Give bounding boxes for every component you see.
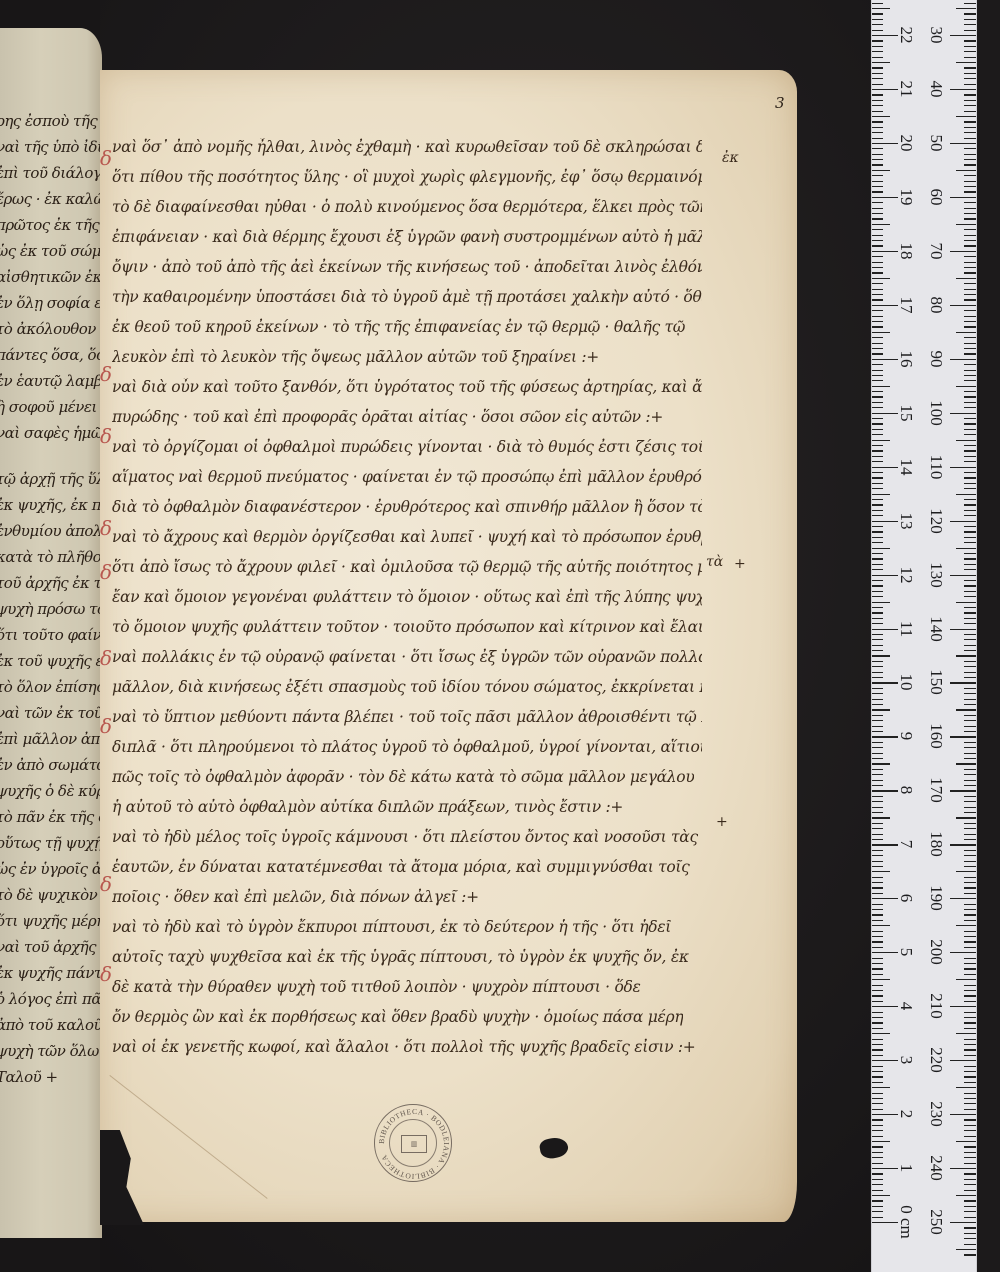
ruler-tick (872, 413, 898, 414)
ruler-tick (964, 283, 976, 284)
ruler-tick (872, 175, 883, 176)
left-page-line: ἀπὸ τοῦ καλοῦ ἀεὶ (0, 1016, 102, 1034)
ruler-tick (964, 461, 976, 462)
ruler-tick (872, 1012, 883, 1013)
ruler-tick (964, 758, 976, 759)
ruler-label-mm: 50 (926, 123, 946, 163)
ruler-tick (964, 1093, 976, 1094)
ruler-tick (964, 591, 976, 592)
ruler-tick (956, 494, 976, 495)
ruler-tick (964, 208, 976, 209)
ruler-tick (964, 380, 976, 381)
ruler-tick (964, 391, 976, 392)
left-page-line: ψυχὴ πρόσω τοῦ (0, 600, 102, 618)
ruler-tick (950, 844, 976, 845)
ruler-tick (964, 3, 976, 4)
ruler-tick (964, 504, 976, 505)
ruler-label-cm: 0 cm (896, 1202, 916, 1242)
ruler-tick (964, 348, 976, 349)
ruler-tick (964, 747, 976, 748)
ruler-tick (964, 1238, 976, 1239)
ruler-tick (964, 607, 976, 608)
ruler-tick (872, 1114, 898, 1115)
ruler-tick (872, 407, 883, 408)
ruler-tick (964, 596, 976, 597)
ruler-tick (872, 866, 883, 867)
ruler-tick (872, 8, 890, 9)
left-page-line: ναὶ σαφὲς ἡμῶν ἰδέας (0, 424, 102, 442)
ruler-tick (872, 445, 883, 446)
ruler-tick (964, 941, 976, 942)
ruler-tick (956, 116, 976, 117)
ruler-tick (964, 294, 976, 295)
ruler-tick (872, 294, 883, 295)
ruler-tick (872, 321, 883, 322)
manuscript-line: πῶς τοῖς τὸ ὀφθαλμὸν ἀφορᾶν · τὸν δὲ κάτ… (112, 768, 694, 786)
ruler-tick (872, 920, 883, 921)
ruler-tick (950, 629, 976, 630)
ruler-tick (872, 94, 883, 95)
ruler-tick (872, 370, 883, 371)
ruler-tick (872, 30, 883, 31)
red-paragraph-mark: δ (100, 962, 112, 986)
ruler-tick (964, 882, 976, 883)
ruler-tick (872, 531, 883, 532)
ruler-tick (872, 310, 883, 311)
library-stamp: BIBLIOTHECA · BODLEIANA · BIBLIOTHECA ▥ (374, 1104, 452, 1182)
manuscript-line: ναὶ τὸ ὕπτιον μεθύοντι πάντα βλέπει · το… (112, 708, 702, 726)
ruler-tick (872, 672, 883, 673)
ruler-tick (872, 84, 883, 85)
ruler-label-mm: 240 (926, 1148, 946, 1188)
ruler-tick (872, 343, 883, 344)
ruler-tick (872, 1190, 883, 1191)
scale-ruler: 222120191817161514131211109876543210 cm3… (871, 0, 977, 1272)
ruler-tick (872, 623, 883, 624)
left-page-line: ἐν ὅλῃ σοφία εἰσί (0, 294, 102, 312)
red-paragraph-mark: δ (100, 872, 112, 896)
manuscript-line: ἐκ θεοῦ τοῦ κηροῦ ἐκείνων · τὸ τῆς τῆς ἐ… (112, 318, 685, 336)
ruler-tick (964, 262, 976, 263)
ruler-tick (872, 909, 883, 910)
ruler-tick (872, 89, 898, 90)
ruler-tick (964, 310, 976, 311)
ruler-tick (956, 1087, 976, 1088)
ruler-tick (964, 402, 976, 403)
ruler-tick (872, 1049, 883, 1050)
ruler-tick (964, 931, 976, 932)
ruler-tick (964, 1103, 976, 1104)
left-page-line: ψυχῆς ὁ δὲ κύριος (0, 782, 102, 800)
manuscript-line: ἐπιφάνειαν · καὶ διὰ θέρμης ἔχουσι ἐξ ὑγ… (112, 228, 702, 246)
manuscript-line: πυρώδης · τοῦ καὶ ἐπὶ προφορᾶς ὁρᾶται αἰ… (112, 408, 663, 426)
ruler-tick (964, 974, 976, 975)
ruler-tick (872, 564, 883, 565)
ruler-tick (964, 828, 976, 829)
ruler-label-mm: 180 (926, 824, 946, 864)
ruler-tick (872, 1211, 883, 1212)
ruler-tick (872, 904, 883, 905)
ruler-tick (964, 850, 976, 851)
left-page-line: κατὰ τὸ πλῆθος ἐκ (0, 548, 102, 566)
ruler-label-cm: 1 (896, 1148, 916, 1188)
ruler-tick (964, 46, 976, 47)
manuscript-line: ἡ αὐτοῦ τὸ αὐτὸ ὀφθαλμὸν αὐτίκα διπλῶν π… (112, 798, 623, 816)
manuscript-line: ναὶ τὸ ἡδὺ μέλος τοῖς ὑγροῖς κάμνουσι · … (112, 828, 698, 846)
left-page-line: οὕτως τῇ ψυχῇ ἔστιν (0, 834, 102, 852)
ruler-tick (964, 801, 976, 802)
ruler-tick (964, 812, 976, 813)
ruler-tick (964, 526, 976, 527)
left-page-line: ἢ σοφοῦ μένει ἐκεῖ (0, 398, 102, 416)
ruler-tick (964, 429, 976, 430)
ruler-tick (872, 57, 883, 58)
ruler-tick (964, 84, 976, 85)
ruler-tick (872, 111, 883, 112)
ruler-tick (872, 272, 883, 273)
ruler-tick (950, 682, 976, 683)
ruler-tick (964, 666, 976, 667)
ruler-label-mm: 90 (926, 339, 946, 379)
ruler-tick (872, 591, 883, 592)
ruler-tick (872, 639, 883, 640)
ruler-tick (964, 720, 976, 721)
manuscript-line: ναὶ ὅσ᾽ ἀπὸ νομῆς ἦλθαι, λινὸς ἐχθαμὴ · … (112, 138, 702, 156)
ruler-tick (872, 67, 883, 68)
ruler-tick (872, 494, 890, 495)
ruler-tick (956, 1195, 976, 1196)
left-page-line: ψυχὴ τῶν ὅλων τὸ (0, 1042, 102, 1060)
ruler-tick (964, 1157, 976, 1158)
ruler-tick (872, 159, 883, 160)
ruler-tick (872, 326, 883, 327)
left-page-line: τῷ ἀρχῇ τῆς ὕλης (0, 470, 102, 488)
ruler-tick (964, 796, 976, 797)
manuscript-line: ναὶ οἱ ἐκ γενετῆς κωφοί, καὶ ἄλαλοι · ὅτ… (112, 1038, 696, 1056)
ruler-tick (872, 526, 883, 527)
ruler-tick (964, 1233, 976, 1234)
ruler-tick (872, 580, 883, 581)
ruler-tick (872, 817, 890, 818)
ruler-tick (872, 844, 898, 845)
manuscript-line: ἔαν καὶ ὅμοιον γεγονέναι φυλάττειν τὸ ὅμ… (112, 588, 702, 606)
ruler-tick (950, 1114, 976, 1115)
ruler-tick (872, 774, 883, 775)
ruler-label-mm: 130 (926, 555, 946, 595)
left-page-line: ἐν ἀπὸ σωμάτων (0, 756, 102, 774)
ruler-tick (872, 256, 883, 257)
ruler-tick (872, 1136, 883, 1137)
ruler-tick (872, 1082, 883, 1083)
ruler-tick (964, 418, 976, 419)
ruler-tick (964, 558, 976, 559)
ruler-tick (872, 429, 883, 430)
ruler-label-mm: 230 (926, 1094, 946, 1134)
ruler-tick (964, 704, 976, 705)
ruler-tick (872, 337, 883, 338)
ruler-tick (872, 602, 890, 603)
ruler-tick (964, 909, 976, 910)
ruler-tick (964, 370, 976, 371)
ruler-tick (872, 542, 883, 543)
ruler-tick (956, 763, 976, 764)
ruler-tick (964, 1001, 976, 1002)
left-page-line: ναὶ τῶν ἐκ τοῦ ἁρμονίας (0, 704, 102, 722)
ruler-tick (872, 1119, 883, 1120)
ruler-label-cm: 13 (896, 501, 916, 541)
ruler-tick (964, 688, 976, 689)
ruler-tick (964, 396, 976, 397)
ruler-label-cm: 5 (896, 932, 916, 972)
ruler-tick (872, 1200, 883, 1201)
ruler-tick (964, 958, 976, 959)
left-page-line: τὸ δὲ ψυχικὸν ἐκεῖ (0, 886, 102, 904)
ruler-tick (964, 920, 976, 921)
manuscript-line: αὐτοῖς ταχὺ ψυχθεῖσα καὶ ἐκ τῆς ὑγρᾶς πί… (112, 948, 689, 966)
ruler-tick (872, 634, 883, 635)
ruler-label-mm: 210 (926, 986, 946, 1026)
ruler-tick (950, 197, 976, 198)
ruler-tick (872, 585, 883, 586)
ruler-tick (964, 272, 976, 273)
ruler-tick (964, 24, 976, 25)
ruler-tick (872, 963, 883, 964)
ruler-tick (964, 1211, 976, 1212)
ruler-tick (872, 596, 883, 597)
ruler-tick (872, 46, 883, 47)
ruler-tick (964, 1082, 976, 1083)
ruler-tick (872, 1071, 883, 1072)
ruler-tick (964, 645, 976, 646)
ruler-tick (964, 968, 976, 969)
ruler-tick (872, 299, 883, 300)
manuscript-line: τὸ ὅμοιον ψυχῆς φυλάττειν τοῦτον · τοιοῦ… (112, 618, 702, 636)
ruler-tick (872, 850, 883, 851)
ruler-label-cm: 17 (896, 285, 916, 325)
ruler-label-cm: 6 (896, 878, 916, 918)
ruler-tick (964, 353, 976, 354)
ruler-tick (964, 1044, 976, 1045)
ruler-tick (956, 655, 976, 656)
ruler-tick (872, 958, 883, 959)
ruler-label-cm: 15 (896, 393, 916, 433)
ruler-tick (964, 990, 976, 991)
ruler-tick (872, 693, 883, 694)
ruler-tick (872, 164, 883, 165)
ruler-tick (964, 105, 976, 106)
ruler-tick (964, 472, 976, 473)
ruler-tick (964, 623, 976, 624)
ruler-tick (964, 715, 976, 716)
ruler-tick (872, 1044, 883, 1045)
ruler-tick (872, 801, 883, 802)
left-page-line: ὅτι τοῦτο φαίνεται (0, 626, 102, 644)
red-paragraph-mark: δ (100, 424, 112, 448)
ruler-tick (964, 456, 976, 457)
ruler-tick (964, 423, 976, 424)
ruler-tick (964, 364, 976, 365)
ruler-tick (950, 1006, 976, 1007)
ruler-label-cm: 20 (896, 123, 916, 163)
manuscript-line: ἑαυτῶν, ἐν δύναται κατατέμνεσθαι τὰ ἄτομ… (112, 858, 690, 876)
margin-note: + (716, 814, 728, 830)
ruler-tick (872, 887, 883, 888)
ruler-tick (950, 1060, 976, 1061)
ruler-tick (872, 515, 883, 516)
ruler-tick (872, 359, 898, 360)
left-page-line: ἐκ ψυχῆς πάντα (0, 964, 102, 982)
ruler-tick (964, 477, 976, 478)
ruler-tick (872, 132, 883, 133)
ruler-label-cm: 10 (896, 662, 916, 702)
ruler-tick (964, 585, 976, 586)
ruler-tick (872, 882, 883, 883)
ruler-tick (872, 251, 898, 252)
ruler-tick (964, 699, 976, 700)
ruler-tick (964, 67, 976, 68)
ruler-tick (872, 1017, 883, 1018)
red-paragraph-mark: δ (100, 516, 112, 540)
ruler-tick (872, 790, 898, 791)
ruler-tick (872, 769, 883, 770)
ruler-tick (964, 100, 976, 101)
ruler-tick (964, 186, 976, 187)
ruler-tick (964, 963, 976, 964)
ruler-tick (956, 224, 976, 225)
ruler-tick (872, 461, 883, 462)
ruler-tick (950, 359, 976, 360)
ruler-tick (872, 305, 898, 306)
ruler-tick (872, 138, 883, 139)
ruler-tick (872, 1179, 883, 1180)
ruler-tick (872, 1206, 883, 1207)
ruler-tick (872, 1001, 883, 1002)
ruler-label-cm: 21 (896, 69, 916, 109)
ruler-tick (872, 553, 883, 554)
ruler-tick (872, 861, 883, 862)
ruler-tick (964, 1254, 976, 1255)
ruler-tick (872, 720, 883, 721)
ruler-tick (964, 245, 976, 246)
ruler-tick (872, 612, 883, 613)
left-page-line: ὡς ἐκ τοῦ σώματος γενομένη (0, 242, 102, 260)
left-page-line: ἐκ τοῦ ψυχῆς εἶδος (0, 652, 102, 670)
ruler-tick (956, 1141, 976, 1142)
ruler-tick (964, 742, 976, 743)
ruler-tick (964, 634, 976, 635)
ruler-tick (964, 1152, 976, 1153)
ruler-tick (872, 348, 883, 349)
ruler-tick (872, 456, 883, 457)
ruler-label-cm: 18 (896, 231, 916, 271)
ruler-tick (964, 337, 976, 338)
ruler-tick (964, 321, 976, 322)
ruler-tick (872, 990, 883, 991)
ruler-tick (956, 709, 976, 710)
ruler-tick (872, 947, 883, 948)
ruler-tick (964, 774, 976, 775)
ruler-label-cm: 12 (896, 555, 916, 595)
manuscript-line: ναὶ τὸ ἡδὺ καὶ τὸ ὑγρὸν ἔκπυροι πίπτουσι… (112, 918, 671, 936)
ruler-tick (872, 704, 883, 705)
ruler-label-cm: 11 (896, 609, 916, 649)
red-paragraph-mark: δ (100, 362, 112, 386)
manuscript-line: ναὶ τὸ ἄχρους καὶ θερμὸν ὀργίζεσθαι καὶ … (112, 528, 702, 546)
ruler-tick (964, 893, 976, 894)
ruler-label-cm: 4 (896, 986, 916, 1026)
ruler-tick (872, 467, 898, 468)
ruler-tick (872, 375, 883, 376)
ruler-tick (964, 1146, 976, 1147)
ruler-tick (950, 952, 976, 953)
ruler-tick (964, 1190, 976, 1191)
ruler-tick (964, 510, 976, 511)
ruler-tick (956, 925, 976, 926)
ruler-tick (872, 40, 883, 41)
ruler-tick (872, 974, 883, 975)
ruler-label-cm: 7 (896, 824, 916, 864)
ruler-tick (872, 682, 898, 683)
ruler-tick (872, 78, 883, 79)
ruler-tick (964, 1136, 976, 1137)
ruler-tick (956, 871, 976, 872)
ruler-label-mm: 190 (926, 878, 946, 918)
ruler-tick (964, 1200, 976, 1201)
ruler-tick (964, 111, 976, 112)
left-page-line: πάντες ὅσα, ὅσα τοῦ (0, 346, 102, 364)
ruler-tick (964, 731, 976, 732)
ruler-tick (872, 213, 883, 214)
ruler-tick (872, 24, 883, 25)
ruler-tick (872, 893, 883, 894)
ruler-tick (872, 661, 883, 662)
ruler-tick (964, 299, 976, 300)
ruler-label-cm: 2 (896, 1094, 916, 1134)
ruler-tick (956, 386, 976, 387)
ruler-tick (872, 472, 883, 473)
ruler-tick (872, 1087, 890, 1088)
red-paragraph-mark: δ (100, 646, 112, 670)
ruler-tick (964, 1028, 976, 1029)
ruler-tick (964, 181, 976, 182)
ruler-tick (872, 477, 883, 478)
ruler-tick (872, 423, 883, 424)
ruler-tick (872, 607, 883, 608)
ruler-tick (872, 629, 898, 630)
ruler-tick (964, 537, 976, 538)
left-page-line: τὸ πᾶν ἐκ τῆς ὅλης (0, 808, 102, 826)
ruler-tick (872, 316, 883, 317)
ruler-tick (964, 1109, 976, 1110)
ruler-tick (950, 305, 976, 306)
ruler-tick (872, 364, 883, 365)
ruler-tick (964, 823, 976, 824)
ruler-label-cm: 16 (896, 339, 916, 379)
ruler-tick (872, 386, 890, 387)
ruler-tick (964, 51, 976, 52)
ruler-label-mm: 220 (926, 1040, 946, 1080)
ruler-tick (872, 154, 883, 155)
manuscript-line: διπλᾶ · ὅτι πληρούμενοι τὸ πλάτος ὑγροῦ … (112, 738, 702, 756)
ruler-tick (872, 952, 898, 953)
ruler-tick (872, 914, 883, 915)
ruler-tick (872, 332, 890, 333)
ruler-tick (964, 30, 976, 31)
ruler-tick (872, 1039, 883, 1040)
ruler-tick (872, 699, 883, 700)
ruler-label-mm: 30 (926, 15, 946, 55)
left-page-line: ἐν ἑαυτῷ λαμβάνει ψυχῆς (0, 372, 102, 390)
